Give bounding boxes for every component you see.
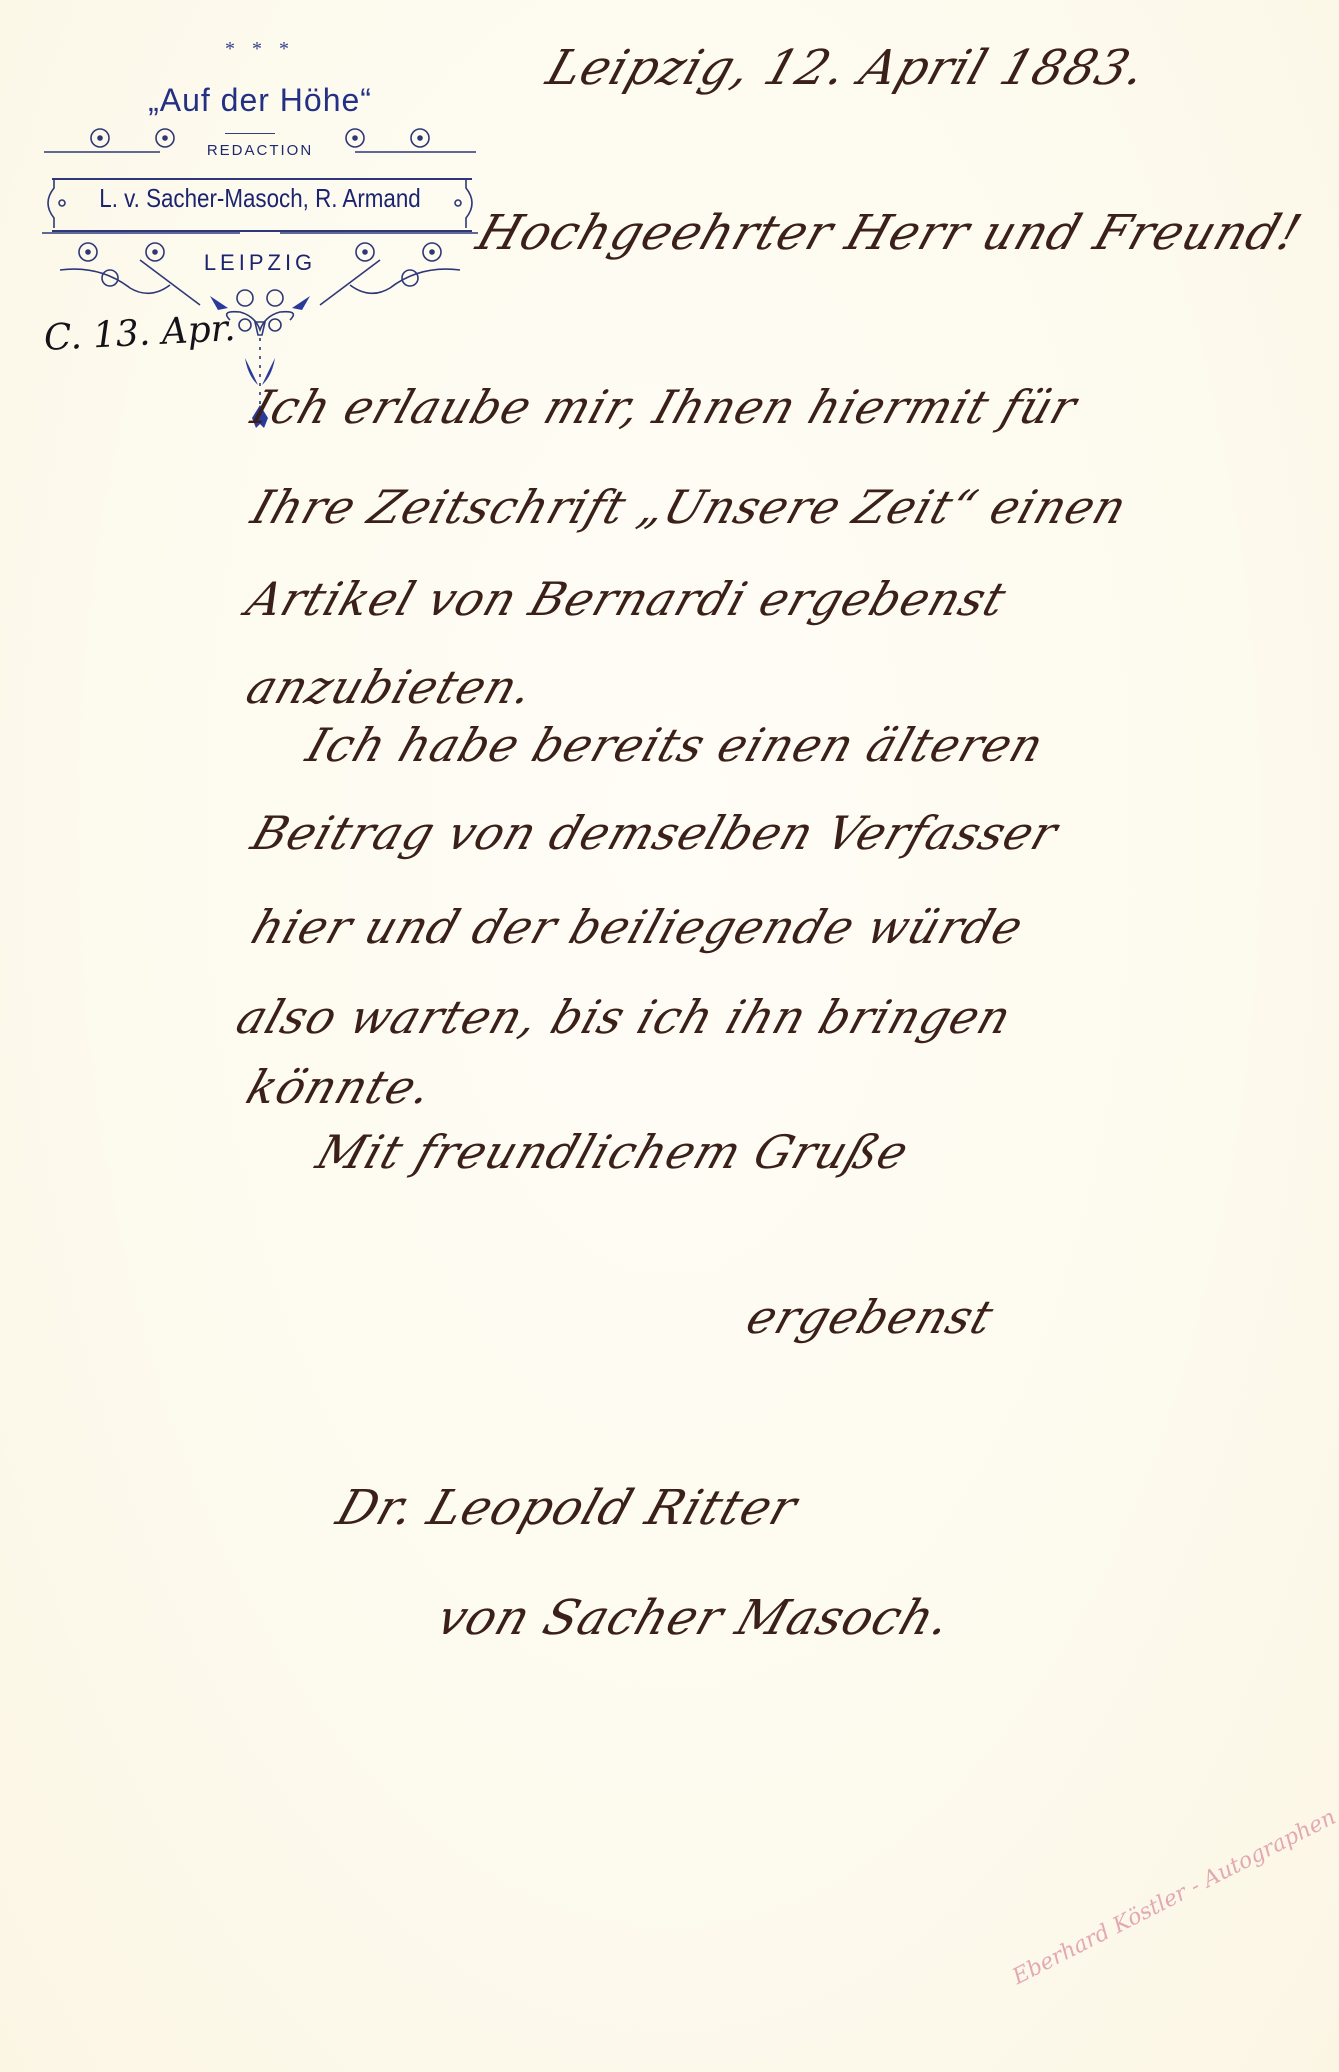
- body-line-2: Ihre Zeitschrift „Unsere Zeit“ einen: [245, 480, 1134, 534]
- body-line-8: also warten, bis ich ihn bringen: [230, 990, 1019, 1044]
- closing: Mit freundlichem Gruße: [310, 1125, 916, 1179]
- letterhead: * * * „Auf der Höhe“ REDACTION L. v. Sac…: [40, 20, 480, 440]
- body-line-7: hier und der beiliegende würde: [245, 900, 1031, 954]
- signature-line-2: von Sacher Masoch.: [430, 1590, 959, 1646]
- valediction: ergebenst: [740, 1290, 1001, 1344]
- letterhead-stars: * * *: [40, 38, 480, 61]
- editors-names: L. v. Sacher-Masoch, R. Armand: [71, 183, 449, 214]
- letterhead-city: LEIPZIG: [40, 250, 480, 276]
- redaction-label: REDACTION: [40, 142, 480, 159]
- salutation: Hochgeehrter Herr und Freund!: [470, 205, 1309, 261]
- body-line-4: anzubieten.: [240, 660, 541, 714]
- signature-line-1: Dr. Leopold Ritter: [330, 1480, 804, 1536]
- body-line-6: Beitrag von demselben Verfasser: [245, 806, 1065, 860]
- body-line-3: Artikel von Bernardi ergebenst: [240, 572, 1013, 626]
- body-line-5: Ich habe bereits einen älteren: [300, 718, 1051, 772]
- place-date: Leipzig, 12. April 1883.: [540, 40, 1154, 96]
- body-line-9: könnte.: [240, 1060, 440, 1114]
- body-line-1: Ich erlaube mir, Ihnen hiermit für: [245, 380, 1084, 434]
- journal-title: „Auf der Höhe“: [40, 82, 480, 119]
- dealer-watermark: Eberhard Köstler - Autographen & Bücher: [1009, 1753, 1339, 1990]
- title-divider: [225, 133, 275, 134]
- letter-page: * * * „Auf der Höhe“ REDACTION L. v. Sac…: [0, 0, 1339, 2072]
